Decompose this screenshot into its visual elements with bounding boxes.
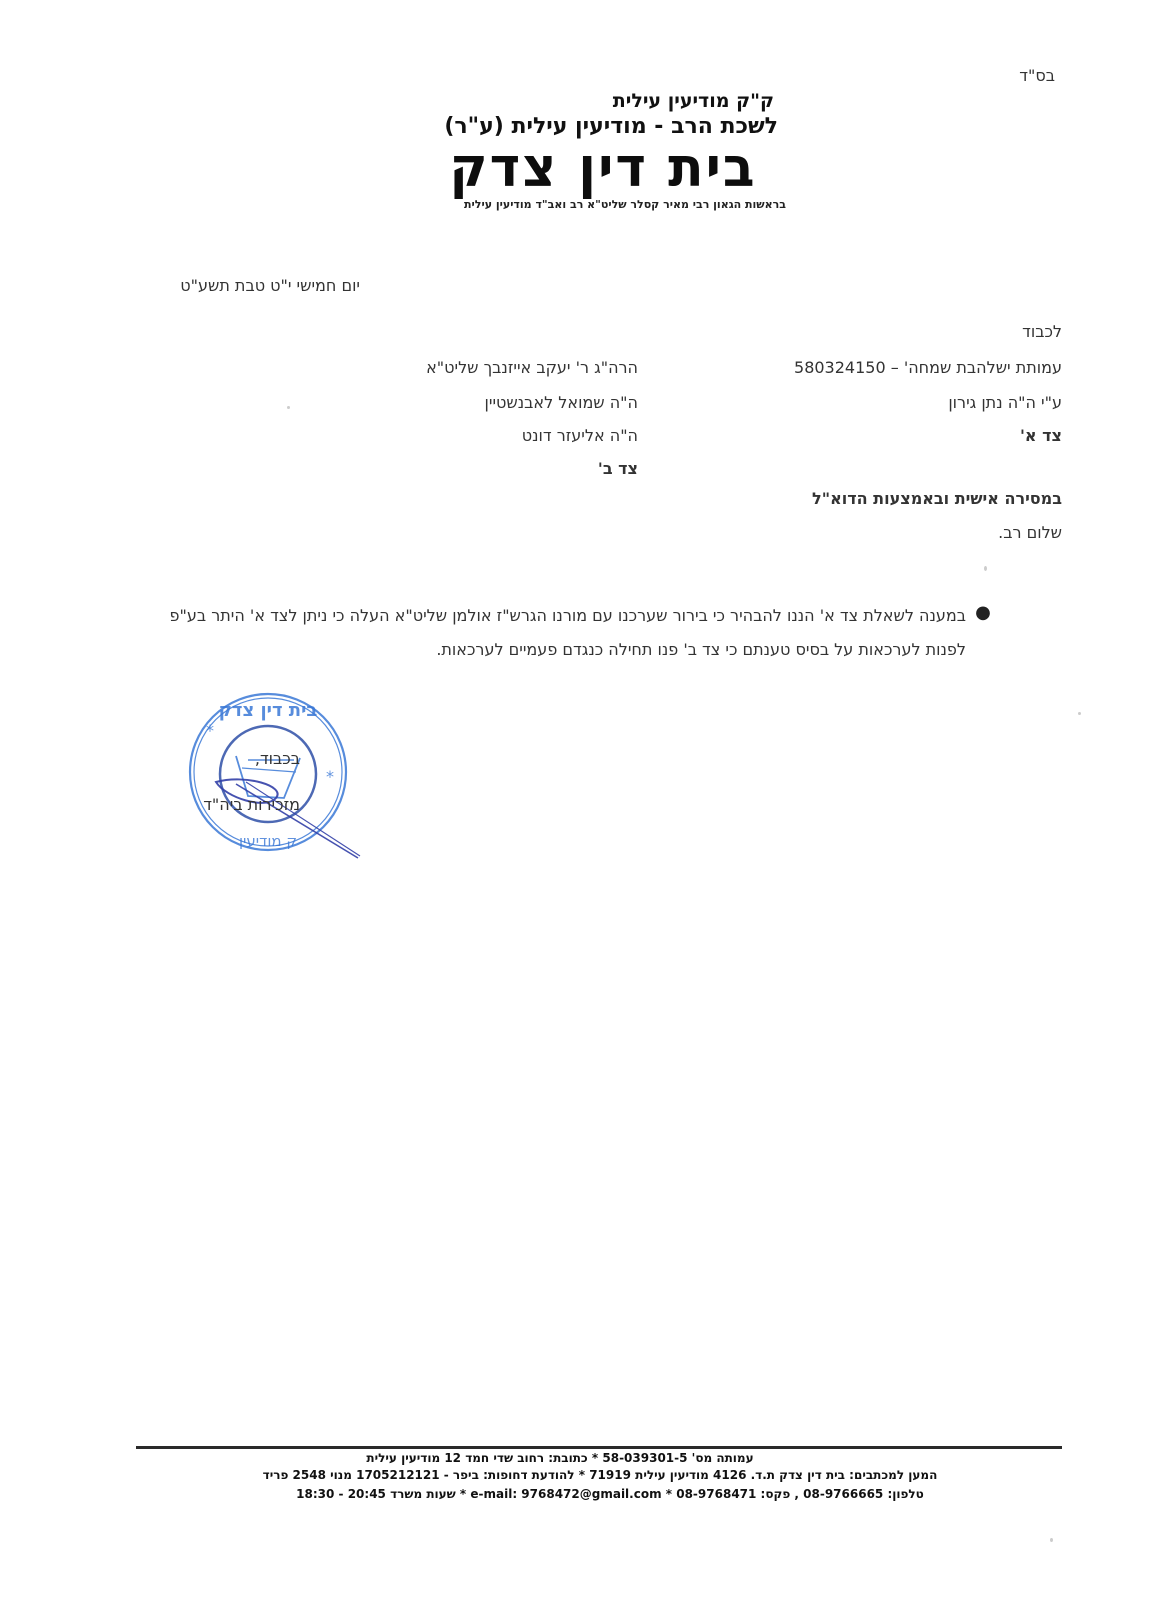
svg-text:*: * [326,767,334,786]
svg-text:ק מודיעין: ק מודיעין [239,832,297,850]
letterhead-title: בית דין צדק [428,137,778,200]
footer-line: המען למכתבים: בית דין צדק ת.ד. 4126 מודי… [240,1468,960,1482]
closing-block: בכבוד, מזכירות ביה"ד [130,736,300,828]
bsd-mark: בס"ד [1019,66,1055,85]
party-a-line: ע"י ה"ה נתן גירון [948,393,1062,412]
letter-date: יום חמישי י"ט טבת תשע"ט [130,276,360,295]
letterhead-office: לשכת הרב - מודיעין עילית (ע"ר) [428,114,778,139]
delivery-method: במסירה אישית ובאמצעות הדוא"ל [812,489,1062,508]
party-a-label: צד א' [1020,426,1062,445]
party-a-line: עמותת ישלהבת שמחה' – 580324150 [794,358,1062,377]
closing-regards: בכבוד, [130,736,300,782]
letterhead-community: ק"ק מודיעין עילית [434,90,774,112]
footer-contact: טלפון: 08-9766665 , פקס: 08-9768471 * e-… [260,1487,960,1501]
footer-line: עמותה מס' 58-039301-5 * כתובת: רחוב שדי … [300,1451,820,1465]
svg-text:בית דין צדק: בית דין צדק [219,700,318,721]
bullet-icon: ● [966,599,1000,627]
salutation: לכבוד [1022,322,1062,341]
footer-divider [136,1446,1062,1449]
letter-body: ● במענה לשאלת צד א' הננו להבהיר כי בירור… [130,599,1000,667]
letterhead-subtitle: בראשות הגאון רבי מאיר קסלר שליט"א רב ואב… [420,198,786,211]
party-b-line: ה"ה שמואל לאבנשטיין [380,393,638,412]
bullet-item: ● במענה לשאלת צד א' הננו להבהיר כי בירור… [130,599,1000,667]
closing-signature: מזכירות ביה"ד [130,782,300,828]
greeting: שלום רב. [998,523,1062,542]
party-b-line: ה"ה אליעזר דונט [380,426,638,445]
party-b-line: הרה"ג ר' יעקב אייזנבך שליט"א [380,358,638,377]
party-b-label: צד ב' [380,459,638,478]
bullet-text: במענה לשאלת צד א' הננו להבהיר כי בירור ש… [136,599,966,667]
